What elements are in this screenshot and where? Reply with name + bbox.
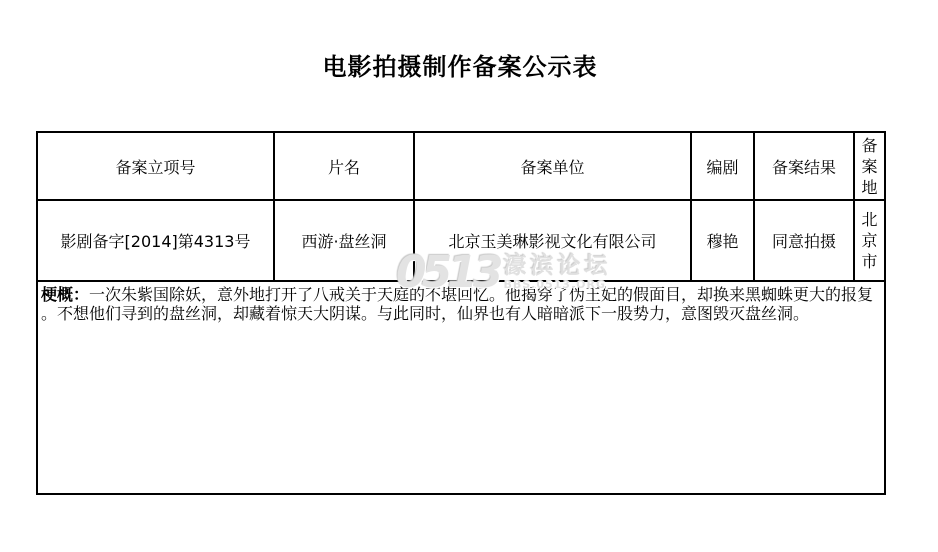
col-header-filing-unit: 备案单位 xyxy=(414,132,691,200)
synopsis-text: 一次朱紫国除妖，意外地打开了八戒关于天庭的不堪回忆。他揭穿了伪王妃的假面目，却换… xyxy=(41,285,873,323)
col-header-filing-location-text: 备案地 xyxy=(861,135,879,198)
filing-notice-page: 电影拍摄制作备案公示表 备案立项号 片名 备案单位 编剧 备案结果 备案地 影剧… xyxy=(0,0,938,552)
filing-table: 备案立项号 片名 备案单位 编剧 备案结果 备案地 影剧备字[2014]第431… xyxy=(36,131,886,495)
col-header-film-title: 片名 xyxy=(274,132,414,200)
cell-filing-location-text: 北京市 xyxy=(861,209,879,272)
col-header-filing-result: 备案结果 xyxy=(754,132,854,200)
cell-filing-unit: 北京玉美琳影视文化有限公司 xyxy=(414,200,691,281)
cell-filing-number: 影剧备字[2014]第4313号 xyxy=(37,200,274,281)
cell-screenwriter: 穆艳 xyxy=(691,200,754,281)
cell-filing-result: 同意拍摄 xyxy=(754,200,854,281)
cell-film-title: 西游·盘丝洞 xyxy=(274,200,414,281)
col-header-filing-location: 备案地 xyxy=(854,132,885,200)
cell-filing-location: 北京市 xyxy=(854,200,885,281)
table-synopsis-row: 梗概：一次朱紫国除妖，意外地打开了八戒关于天庭的不堪回忆。他揭穿了伪王妃的假面目… xyxy=(37,281,885,494)
synopsis-cell: 梗概：一次朱紫国除妖，意外地打开了八戒关于天庭的不堪回忆。他揭穿了伪王妃的假面目… xyxy=(37,281,885,494)
col-header-filing-number: 备案立项号 xyxy=(37,132,274,200)
page-title: 电影拍摄制作备案公示表 xyxy=(36,47,884,82)
synopsis-label: 梗概： xyxy=(41,285,89,304)
col-header-screenwriter: 编剧 xyxy=(691,132,754,200)
table-data-row: 影剧备字[2014]第4313号 西游·盘丝洞 北京玉美琳影视文化有限公司 穆艳… xyxy=(37,200,885,281)
table-header-row: 备案立项号 片名 备案单位 编剧 备案结果 备案地 xyxy=(37,132,885,200)
